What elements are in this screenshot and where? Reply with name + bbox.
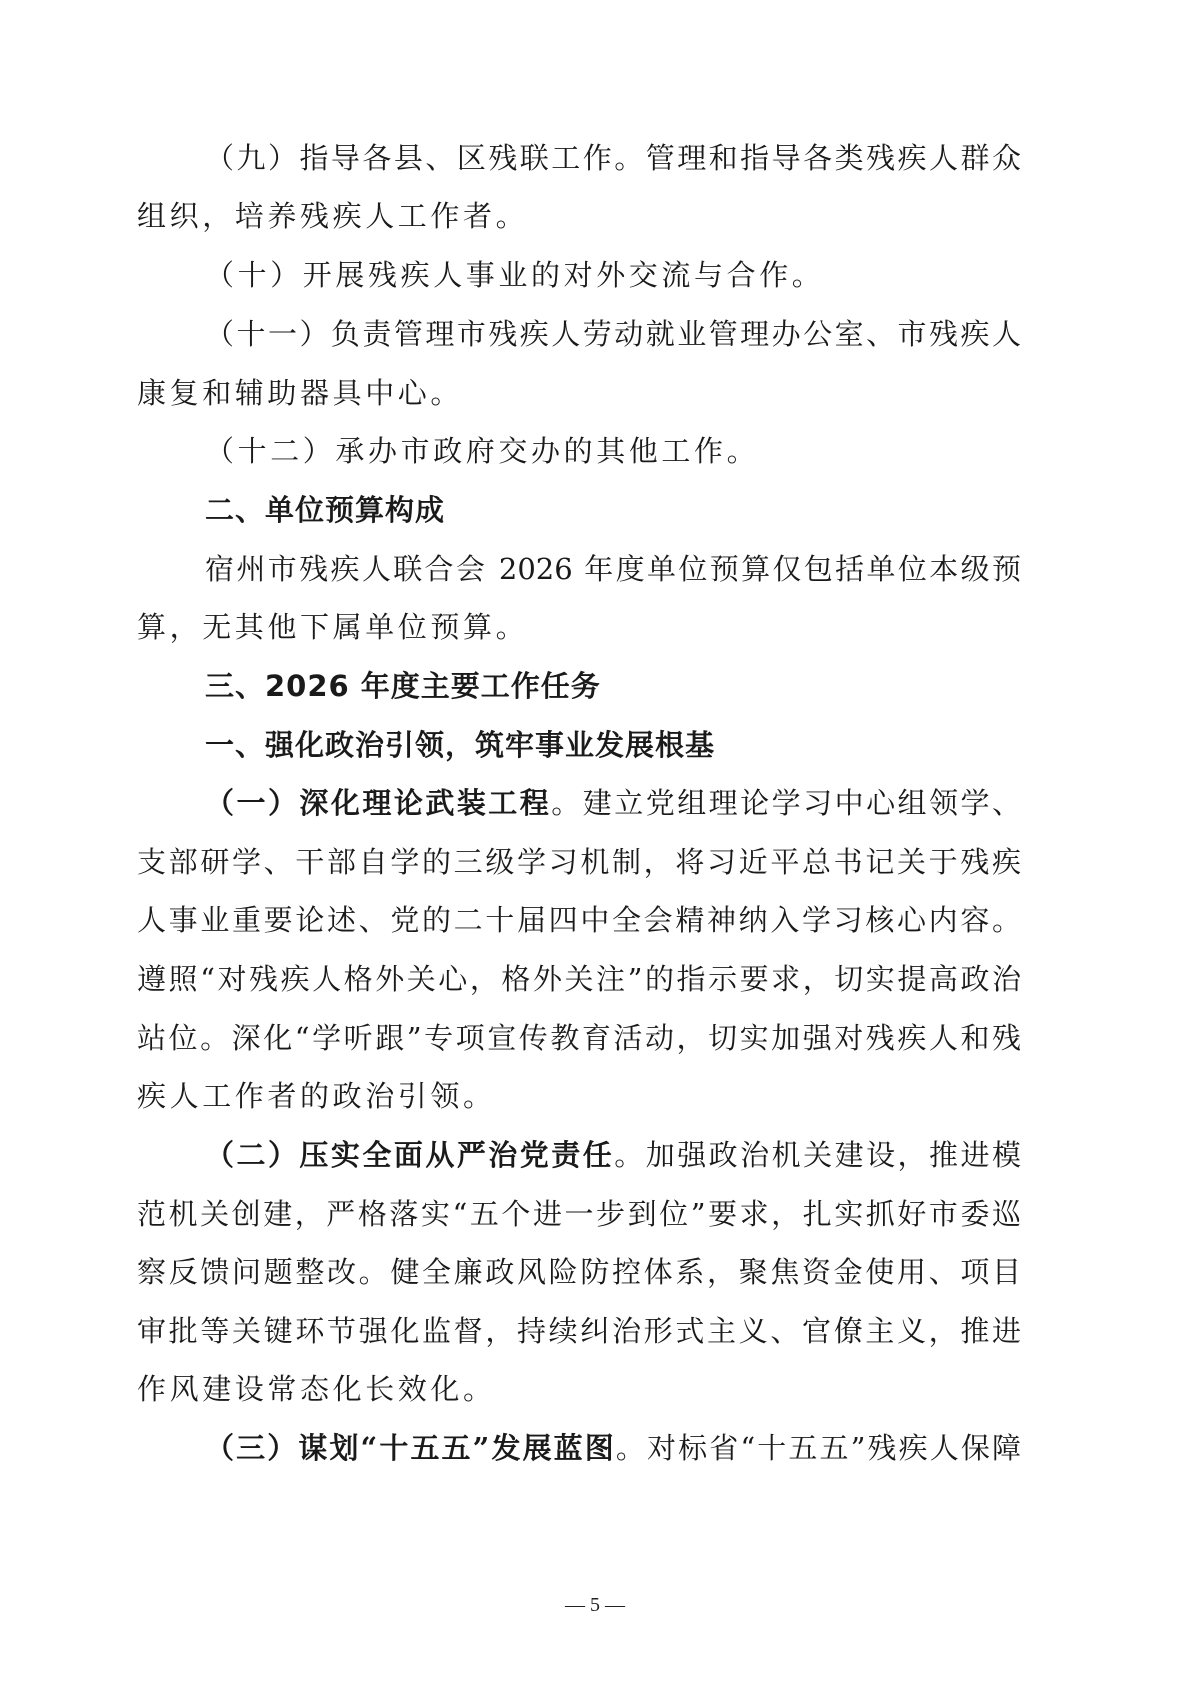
paragraph-line: 宿州市残疾人联合会 2026 年度单位预算仅包括单位本级预	[205, 549, 1021, 589]
section-heading: 二、单位预算构成	[205, 490, 445, 530]
paragraph-line: （三）谋划“十五五”发展蓝图。对标省“十五五”残疾人保障	[205, 1428, 1021, 1468]
paragraph-line: （十）开展残疾人事业的对外交流与合作。	[205, 255, 824, 295]
paragraph-line: 站位。深化“学听跟”专项宣传教育活动，切实加强对残疾人和残	[137, 1018, 1021, 1058]
paragraph-line: 支部研学、干部自学的三级学习机制，将习近平总书记关于残疾	[137, 842, 1021, 882]
subsection-heading: 一、强化政治引领，筑牢事业发展根基	[205, 725, 715, 765]
item-text: 。对标省“十五五”残疾人保障	[616, 1431, 1021, 1465]
paragraph-line: 遵照“对残疾人格外关心，格外关注”的指示要求，切实提高政治	[137, 959, 1021, 999]
paragraph-line: （十一）负责管理市残疾人劳动就业管理办公室、市残疾人	[205, 314, 1021, 354]
paragraph-line: 算，无其他下属单位预算。	[137, 607, 528, 647]
paragraph-line: 审批等关键环节强化监督，持续纠治形式主义、官僚主义，推进	[137, 1311, 1021, 1351]
paragraph-line: 范机关创建，严格落实“五个进一步到位”要求，扎实抓好市委巡	[137, 1194, 1021, 1234]
paragraph-line: （二）压实全面从严治党责任。加强政治机关建设，推进模	[205, 1135, 1021, 1175]
item-title: （三）谋划“十五五”发展蓝图	[205, 1431, 616, 1465]
paragraph-line: （九）指导各县、区残联工作。管理和指导各类残疾人群众	[205, 138, 1021, 178]
item-text: 。建立党组理论学习中心组领学、	[551, 786, 1021, 820]
paragraph-line: （十二）承办市政府交办的其他工作。	[205, 431, 759, 471]
paragraph-line: 作风建设常态化长效化。	[137, 1369, 496, 1409]
paragraph-line: 疾人工作者的政治引领。	[137, 1076, 496, 1116]
paragraph-line: 康复和辅助器具中心。	[137, 373, 463, 413]
item-title: （二）压实全面从严治党责任	[205, 1138, 614, 1172]
item-title: （一）深化理论武装工程	[205, 786, 551, 820]
item-text: 。加强政治机关建设，推进模	[614, 1138, 1021, 1172]
paragraph-line: （一）深化理论武装工程。建立党组理论学习中心组领学、	[205, 783, 1021, 823]
section-heading: 三、2026 年度主要工作任务	[205, 666, 601, 706]
paragraph-line: 组织，培养残疾人工作者。	[137, 196, 528, 236]
paragraph-line: 察反馈问题整改。健全廉政风险防控体系，聚焦资金使用、项目	[137, 1252, 1021, 1292]
paragraph-line: 人事业重要论述、党的二十届四中全会精神纳入学习核心内容。	[137, 900, 1021, 940]
page-number: — 5 —	[0, 1594, 1190, 1617]
